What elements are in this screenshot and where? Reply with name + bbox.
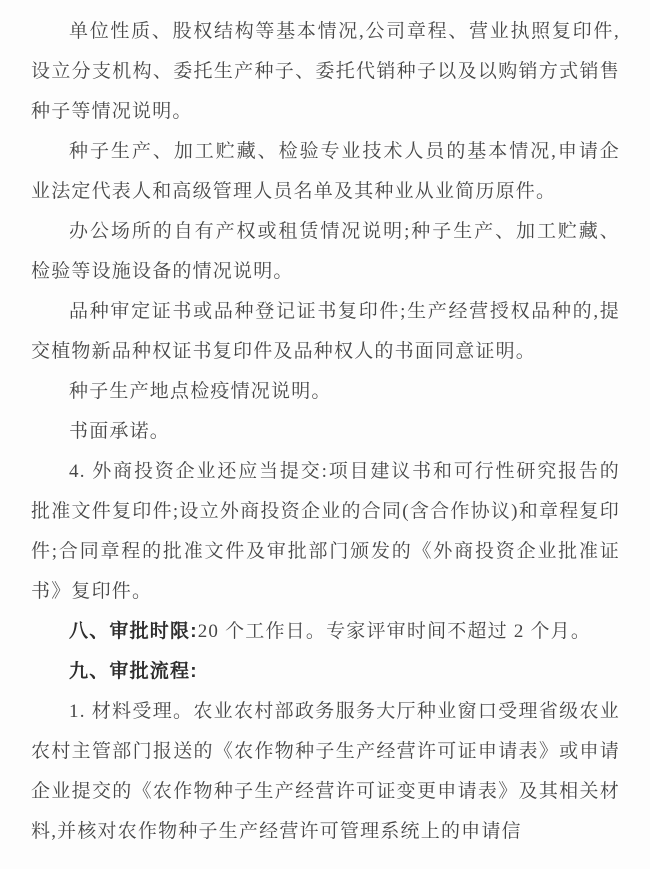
paragraph: 八、审批时限:20 个工作日。专家评审时间不超过 2 个月。 <box>31 612 620 652</box>
paragraph-text: 4. 外商投资企业还应当提交:项目建议书和可行性研究报告的批准文件复印件;设立外… <box>31 461 620 602</box>
document-body: 单位性质、股权结构等基本情况,公司章程、营业执照复印件,设立分支机构、委托生产种… <box>31 12 620 852</box>
paragraph-text: 20 个工作日。专家评审时间不超过 2 个月。 <box>198 621 591 642</box>
paragraph: 品种审定证书或品种登记证书复印件;生产经营授权品种的,提交植物新品种权证书复印件… <box>31 292 620 372</box>
paragraph: 单位性质、股权结构等基本情况,公司章程、营业执照复印件,设立分支机构、委托生产种… <box>31 12 620 132</box>
paragraph: 九、审批流程: <box>31 652 620 692</box>
paragraph-text: 单位性质、股权结构等基本情况,公司章程、营业执照复印件,设立分支机构、委托生产种… <box>31 21 620 122</box>
paragraph-text: 种子生产地点检疫情况说明。 <box>69 381 332 402</box>
paragraph-text: 品种审定证书或品种登记证书复印件;生产经营授权品种的,提交植物新品种权证书复印件… <box>31 301 620 362</box>
section-heading: 九、审批流程: <box>69 661 198 682</box>
paragraph: 种子生产地点检疫情况说明。 <box>31 372 620 412</box>
paragraph: 书面承诺。 <box>31 412 620 452</box>
paragraph: 4. 外商投资企业还应当提交:项目建议书和可行性研究报告的批准文件复印件;设立外… <box>31 452 620 612</box>
paragraph-text: 办公场所的自有产权或租赁情况说明;种子生产、加工贮藏、检验等设施设备的情况说明。 <box>31 221 620 282</box>
section-heading: 八、审批时限: <box>69 621 198 642</box>
paragraph: 种子生产、加工贮藏、检验专业技术人员的基本情况,申请企业法定代表人和高级管理人员… <box>31 132 620 212</box>
paragraph-text: 书面承诺。 <box>69 421 170 442</box>
paragraph-text: 1. 材料受理。农业农村部政务服务大厅种业窗口受理省级农业农村主管部门报送的《农… <box>31 701 620 842</box>
paragraph: 办公场所的自有产权或租赁情况说明;种子生产、加工贮藏、检验等设施设备的情况说明。 <box>31 212 620 292</box>
scanned-document-page: 单位性质、股权结构等基本情况,公司章程、营业执照复印件,设立分支机构、委托生产种… <box>0 0 650 869</box>
paragraph: 1. 材料受理。农业农村部政务服务大厅种业窗口受理省级农业农村主管部门报送的《农… <box>31 692 620 852</box>
paragraph-text: 种子生产、加工贮藏、检验专业技术人员的基本情况,申请企业法定代表人和高级管理人员… <box>31 141 620 202</box>
